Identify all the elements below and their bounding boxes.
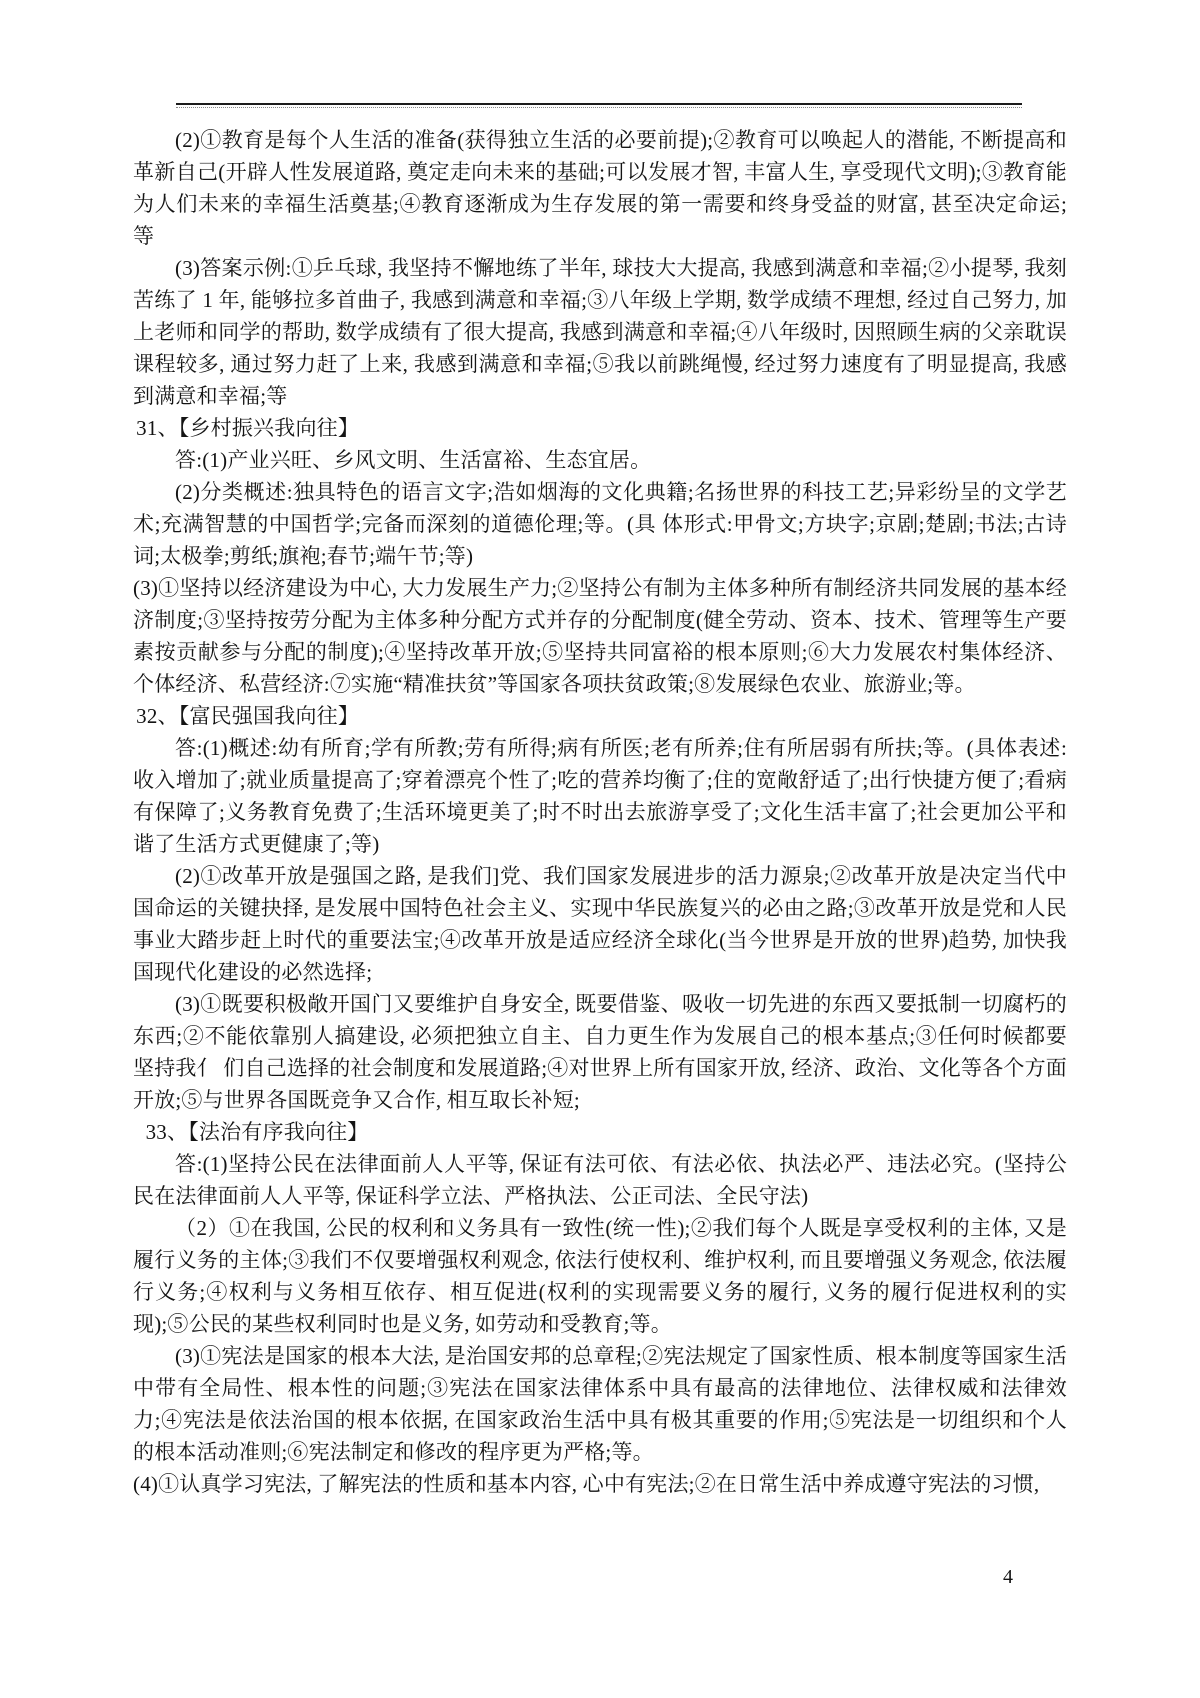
paragraph-32-answer-2: (2)①改革开放是强国之路, 是我们]党、我们国家发展进步的活力源泉;②改革开放… xyxy=(133,860,1067,988)
header-rule xyxy=(176,103,1022,108)
paragraph-32-answer-3: (3)①既要积极敞开国门又要维护自身安全, 既要借鉴、吸收一切先进的东西又要抵制… xyxy=(133,988,1067,1116)
paragraph-33-answer-4: (4)①认真学习宪法, 了解宪法的性质和基本内容, 心中有宪法;②在日常生活中养… xyxy=(133,1468,1067,1500)
paragraph-31-answer-2: (2)分类概述:独具特色的语言文字;浩如烟海的文化典籍;名扬世界的科技工艺;异彩… xyxy=(133,476,1067,572)
question-32-heading: 32、【富民强国我向往】 xyxy=(133,700,1067,732)
paragraph-education-role: (2)①教育是每个人生活的准备(获得独立生活的必要前提);②教育可以唤起人的潜能… xyxy=(133,124,1067,252)
question-31-heading: 31、【乡村振兴我向往】 xyxy=(133,412,1067,444)
paragraph-31-answer-1: 答:(1)产业兴旺、乡风文明、生活富裕、生态宜居。 xyxy=(133,444,1067,476)
document-page: (2)①教育是每个人生活的准备(获得独立生活的必要前提);②教育可以唤起人的潜能… xyxy=(0,0,1200,1698)
paragraph-31-answer-3: (3)①坚持以经济建设为中心, 大力发展生产力;②坚持公有制为主体多种所有制经济… xyxy=(133,572,1067,700)
question-33-heading: 33、【法治有序我向往】 xyxy=(133,1116,1067,1148)
paragraph-33-answer-2: （2）①在我国, 公民的权利和义务具有一致性(统一性);②我们每个人既是享受权利… xyxy=(133,1212,1067,1340)
paragraph-33-answer-1: 答:(1)坚持公民在法律面前人人平等, 保证有法可依、有法必依、执法必严、违法必… xyxy=(133,1148,1067,1212)
paragraph-32-answer-1: 答:(1)概述:幼有所育;学有所教;劳有所得;病有所医;老有所养;住有所居弱有所… xyxy=(133,732,1067,860)
paragraph-33-answer-3: (3)①宪法是国家的根本大法, 是治国安邦的总章程;②宪法规定了国家性质、根本制… xyxy=(133,1340,1067,1468)
paragraph-answer-examples: (3)答案示例:①乒乓球, 我坚持不懈地练了半年, 球技大大提高, 我感到满意和… xyxy=(133,252,1067,412)
answer-text-block: (2)①教育是每个人生活的准备(获得独立生活的必要前提);②教育可以唤起人的潜能… xyxy=(133,124,1067,1500)
page-number: 4 xyxy=(1003,1566,1013,1589)
